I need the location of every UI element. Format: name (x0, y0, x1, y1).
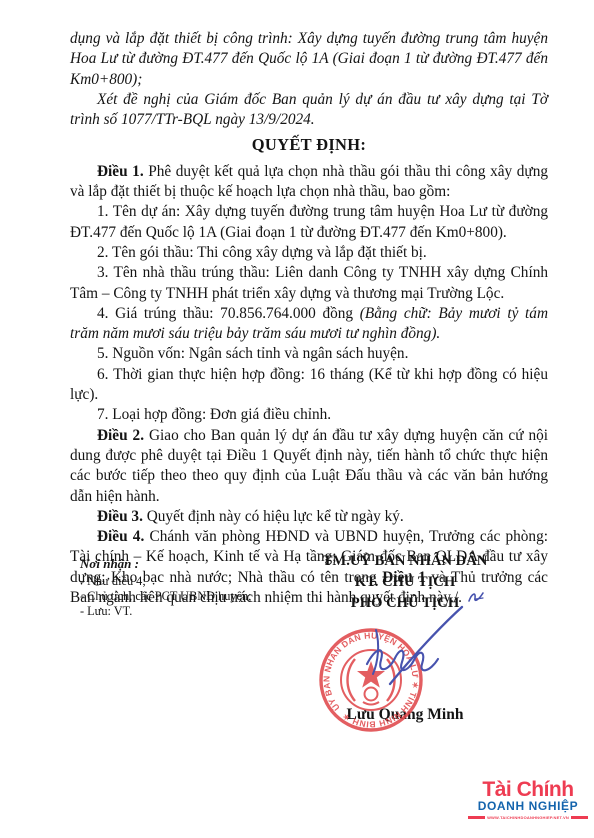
paragraph: 2. Tên gói thầu: Thi công xây dựng và lắ… (70, 243, 548, 263)
text-segment: Điều 1. (97, 163, 144, 180)
preamble: dụng và lắp đặt thiết bị công trình: Xây… (70, 29, 548, 130)
text-segment: dụng và lắp đặt thiết bị công trình: Xây… (70, 30, 548, 88)
logo-url: WWW.TAICHINHDOANHNGHIEP.NET.VN (487, 815, 569, 820)
document-body: dụng và lắp đặt thiết bị công trình: Xây… (70, 29, 548, 608)
signature-line-authority: TM.UỶ BAN NHÂN DÂN (295, 551, 515, 572)
logo-subtitle: DOANH NGHIỆP (464, 800, 592, 813)
recipient-item: - Như điều 4; (80, 574, 252, 589)
text-segment: 2. Tên gói thầu: Thi công xây dựng và lắ… (97, 244, 427, 261)
document-page: dụng và lắp đặt thiết bị công trình: Xây… (0, 0, 594, 838)
recipient-item: - Chủ tịch, các PCT UBND huyện; (80, 589, 252, 604)
text-segment: Điều 3. (97, 508, 143, 525)
logo-url-row: WWW.TAICHINHDOANHNGHIEP.NET.VN (464, 815, 592, 820)
paragraph: Điều 1. Phê duyệt kết quả lựa chọn nhà t… (70, 162, 548, 203)
text-segment: 5. Nguồn vốn: Ngân sách tỉnh và ngân sác… (97, 345, 408, 362)
recipients-heading: Nơi nhận : (80, 556, 252, 572)
taichinh-doanhnghiep-logo: Tài Chính DOANH NGHIỆP WWW.TAICHINHDOANH… (464, 779, 592, 820)
text-segment: 1. Tên dự án: Xây dựng tuyến đường trung… (70, 203, 548, 240)
recipient-item: - Lưu: VT. (80, 604, 252, 619)
paragraph: Điều 3. Quyết định này có hiệu lực kể từ… (70, 507, 548, 527)
text-segment: 6. Thời gian thực hiện hợp đồng: 16 thán… (70, 366, 548, 403)
paragraph: dụng và lắp đặt thiết bị công trình: Xây… (70, 29, 548, 90)
signature-line-kt: KT. CHỦ TỊCH (295, 572, 515, 593)
text-segment: 7. Loại hợp đồng: Đơn giá điều chỉnh. (97, 406, 331, 423)
text-segment: Xét đề nghị của Giám đốc Ban quản lý dự … (70, 91, 548, 128)
paragraph: 3. Tên nhà thầu trúng thầu: Liên danh Cô… (70, 263, 548, 304)
paragraph: 5. Nguồn vốn: Ngân sách tỉnh và ngân sác… (70, 344, 548, 364)
paragraph: 4. Giá trúng thầu: 70.856.764.000 đồng (… (70, 304, 548, 345)
text-segment: Điều 4. (97, 528, 144, 545)
paragraph: 7. Loại hợp đồng: Đơn giá điều chỉnh. (70, 405, 548, 425)
logo-rule-left (468, 816, 485, 819)
recipients-list: - Như điều 4;- Chủ tịch, các PCT UBND hu… (80, 574, 252, 618)
paragraph: Điều 2. Giao cho Ban quản lý dự án đầu t… (70, 426, 548, 507)
logo-rule-right (571, 816, 588, 819)
signature-ink-icon (345, 600, 490, 700)
articles: Điều 1. Phê duyệt kết quả lựa chọn nhà t… (70, 162, 548, 609)
text-segment: 3. Tên nhà thầu trúng thầu: Liên danh Cô… (70, 264, 548, 301)
logo-title: Tài Chính (464, 779, 592, 800)
recipients-block: Nơi nhận : - Như điều 4;- Chủ tịch, các … (80, 556, 252, 618)
paragraph: 6. Thời gian thực hiện hợp đồng: 16 thán… (70, 365, 548, 406)
text-segment: Quyết định này có hiệu lực kể từ ngày ký… (143, 508, 404, 525)
paragraph: 1. Tên dự án: Xây dựng tuyến đường trung… (70, 202, 548, 243)
text-segment: Điều 2. (97, 427, 144, 444)
paragraph: Xét đề nghị của Giám đốc Ban quản lý dự … (70, 90, 548, 131)
document-title: QUYẾT ĐỊNH: (70, 135, 548, 155)
text-segment: 4. Giá trúng thầu: 70.856.764.000 đồng (97, 305, 360, 322)
